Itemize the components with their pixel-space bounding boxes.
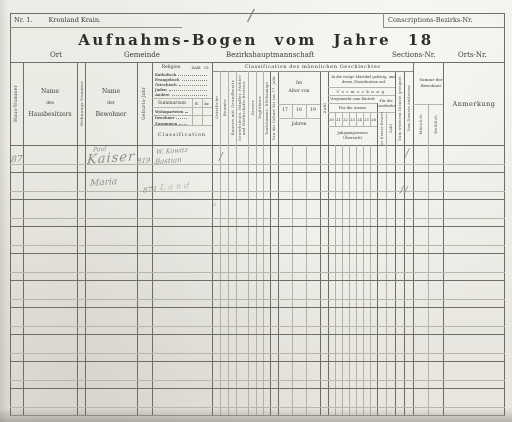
entry-tick-2: ∕ bbox=[405, 146, 409, 160]
religion-rows: Katholisch Evangelisch Griechisch Juden … bbox=[153, 72, 211, 97]
alter-group-title: Im Alter von bbox=[278, 71, 320, 104]
entry-note-1: W. Kowitz bbox=[156, 146, 188, 156]
field-label-orts-nr: Orts-Nr. bbox=[458, 51, 487, 59]
sub-row-line bbox=[10, 191, 505, 192]
summe-col-maennlich: Männlich bbox=[413, 104, 428, 145]
row-line bbox=[10, 172, 505, 173]
sub-row-line bbox=[10, 326, 505, 327]
religion-summarium-box: Religion Zahl Cl. Katholisch Evangelisch… bbox=[152, 62, 212, 145]
religion-col-zahl: Zahl bbox=[190, 63, 202, 71]
form-number: Nr. 1. bbox=[14, 16, 32, 24]
classification-main-header: Classification des männlichen Geschlecht… bbox=[212, 62, 413, 71]
alter-year-18: 18 bbox=[292, 104, 306, 118]
armee-title: Für die Armee bbox=[328, 103, 377, 112]
summarium-col-fl: fl. bbox=[192, 99, 202, 107]
field-label-ort: Ort bbox=[50, 51, 62, 59]
dienst-label: Zum weiteren Dienste geeignet bbox=[398, 76, 402, 141]
box-line bbox=[192, 99, 193, 125]
narrow-col-label: Diener bbox=[250, 100, 255, 116]
entry-geburtsjahr-1: 819 bbox=[137, 157, 151, 166]
summarium-title: Summarium bbox=[152, 99, 192, 107]
narrow-col-geistliche: Geistliche bbox=[212, 71, 220, 145]
bottom-row-line bbox=[10, 415, 505, 416]
matrikel-header: In die vorige Matrikel gehörig, und dere… bbox=[328, 72, 399, 87]
row-line bbox=[10, 388, 505, 389]
scanned-form-sheet: Nr. 1. Kronland Krain. Conscriptions-Bez… bbox=[0, 0, 512, 422]
matrikel-eintritt: Vorgemerkt zum Eintritt bbox=[328, 95, 377, 103]
narrow-col-label: Taglöhner bbox=[257, 96, 262, 119]
row-line bbox=[10, 307, 505, 308]
conscription-label: Conscriptions-Bezirks-Nr. bbox=[388, 16, 473, 24]
landwehr-col-label: Zur Ersatz-Reserve bbox=[380, 112, 384, 145]
hausbesitzer-line3: Hausbesitzers bbox=[28, 111, 71, 119]
landwehr-col-label: Zahl bbox=[389, 124, 393, 133]
box-line bbox=[202, 99, 203, 125]
bewohner-line3: Bewohner bbox=[96, 111, 127, 119]
entry-name-maria: Maria bbox=[90, 177, 118, 189]
alter-line2: Alter von bbox=[289, 89, 310, 95]
entry-tick-1: ∕ bbox=[219, 150, 223, 163]
religion-col-cl: Cl. bbox=[202, 63, 212, 71]
armee-year: 21 bbox=[335, 112, 342, 126]
field-label-sections-nr: Sections-Nr. bbox=[392, 51, 436, 59]
field-label-bezirkshauptmannschaft: Bezirkshauptmannschaft bbox=[226, 51, 314, 59]
kronland-label: Kronland Krain. bbox=[49, 16, 102, 24]
entry-haus-nummer: 87 bbox=[11, 155, 23, 166]
hausbesitzer-line1: Name bbox=[41, 88, 59, 96]
box-line bbox=[152, 115, 212, 116]
zahl-label: Zahl bbox=[322, 103, 327, 113]
col-header-zahl: Zahl bbox=[320, 71, 328, 145]
armee-year: 25 bbox=[363, 112, 370, 126]
col-header-anmerkung: Anmerkung bbox=[443, 62, 505, 145]
narrow-col-beamte: Beamte bbox=[220, 71, 228, 145]
entry-ticks-2: ∕∕ bbox=[400, 185, 409, 196]
summe-col-weiblich: Weiblich bbox=[428, 104, 443, 145]
sub-row-line bbox=[10, 164, 505, 165]
form-title: Aufnahms-Bogen vom Jahre 18 bbox=[60, 31, 452, 49]
alter-year-19: 19 bbox=[306, 104, 320, 118]
matrikel-spaced-label: Vormerkung bbox=[328, 87, 395, 95]
narrow-col-label: Bauern mit Grundbesitz bbox=[230, 80, 235, 135]
narrow-col-bauern: Bauern mit Grundbesitz bbox=[228, 71, 236, 145]
armee-year: 20 bbox=[328, 112, 335, 126]
wohnungs-nummer-label: Wohnungs-Nummer bbox=[79, 81, 84, 126]
landwehr-title: Für die Landwehr bbox=[377, 95, 395, 112]
row-line bbox=[10, 226, 505, 227]
narrow-col-gewerbsleute: Gewerbsleute, Händler, Pächter und Wirth… bbox=[236, 71, 248, 145]
classification-box-label: Classification bbox=[152, 126, 212, 144]
narrow-col-label: Beamte bbox=[222, 99, 227, 116]
bewohner-line1: Name bbox=[102, 88, 120, 96]
conscription-cell-border bbox=[383, 13, 384, 27]
hausbesitzer-line2: des bbox=[46, 101, 54, 107]
row-line bbox=[10, 334, 505, 335]
armee-year: 26 bbox=[370, 112, 377, 126]
pencil-slash-mark: ∕ bbox=[246, 6, 255, 27]
col-header-geburts-jahr: Geburts-Jahr bbox=[137, 62, 152, 145]
col-header-hausbesitzer: Name des Hausbesitzers bbox=[23, 62, 77, 145]
von-geburt-label: Von der Geburt bis ins 17. Jahr bbox=[272, 76, 276, 140]
geburts-jahr-label: Geburts-Jahr bbox=[142, 87, 147, 120]
summarium-col-kr: kr. bbox=[202, 99, 212, 107]
col-header-dienst: Zum weiteren Dienste geeignet bbox=[395, 71, 404, 145]
landwehr-col-ersatz: Zur Ersatz-Reserve bbox=[377, 112, 386, 145]
religion-title: Religion bbox=[152, 63, 190, 71]
armee-year: 22 bbox=[342, 112, 349, 126]
narrow-col-tagloehner: Taglöhner bbox=[256, 71, 263, 145]
entry-geburtsjahr-2: 873 bbox=[143, 186, 157, 195]
landwehr-col-zahl: Zahl bbox=[386, 112, 395, 145]
summe-col-label: Männlich bbox=[418, 114, 423, 134]
bewohner-line2: der bbox=[107, 101, 115, 107]
sub-row-line bbox=[10, 353, 505, 354]
alter-footer-jahren: Jahren bbox=[278, 118, 320, 132]
armee-footer: Jahrgangsweise Übersicht bbox=[328, 126, 377, 145]
row-line bbox=[10, 361, 505, 362]
summe-col-label: Weiblich bbox=[433, 115, 438, 134]
col-header-haus-nummer: Haus-Nummer bbox=[10, 62, 23, 145]
entry-small-mark: s bbox=[213, 201, 217, 208]
corner-underline bbox=[10, 27, 182, 28]
sub-row-line bbox=[10, 245, 505, 246]
row-line bbox=[10, 253, 505, 254]
alter-year-17: 17 bbox=[278, 104, 292, 118]
sub-row-line bbox=[10, 299, 505, 300]
narrow-col-taubstumme: Taubstumme, Blödsinnige bbox=[263, 71, 270, 145]
sub-row-line bbox=[10, 407, 505, 408]
narrow-col-diener: Diener bbox=[248, 71, 256, 145]
religion-row: Andere bbox=[155, 92, 170, 97]
alter-line1: Im bbox=[296, 81, 302, 87]
sub-row-line bbox=[10, 380, 505, 381]
top-border-line bbox=[10, 13, 504, 14]
col-header-wohnungs-nummer: Wohnungs-Nummer bbox=[77, 62, 85, 145]
narrow-col-label: Geistliche bbox=[214, 96, 219, 119]
row-line bbox=[10, 199, 505, 200]
col-header-entlassen: Vom Dienste entlassen bbox=[404, 71, 413, 145]
sub-row-line bbox=[10, 218, 505, 219]
entlassen-label: Vom Dienste entlassen bbox=[407, 85, 411, 132]
narrow-col-label: Taubstumme, Blödsinnige bbox=[265, 82, 269, 135]
armee-year: 24 bbox=[356, 112, 363, 126]
col-header-von-geburt: Von der Geburt bis ins 17. Jahr bbox=[270, 71, 278, 145]
corner-number-block: Nr. 1. Kronland Krain. bbox=[14, 16, 101, 24]
narrow-col-label: Gewerbsleute, Händler, Pächter und Wirth… bbox=[238, 72, 246, 144]
armee-year: 23 bbox=[349, 112, 356, 126]
haus-nummer-label: Haus-Nummer bbox=[14, 85, 19, 122]
conscription-underline bbox=[383, 27, 504, 28]
field-label-gemeinde: Gemeinde bbox=[124, 51, 160, 59]
sub-row-line bbox=[10, 272, 505, 273]
col-header-bewohner: Name der Bewohner bbox=[85, 62, 137, 145]
row-line bbox=[10, 280, 505, 281]
